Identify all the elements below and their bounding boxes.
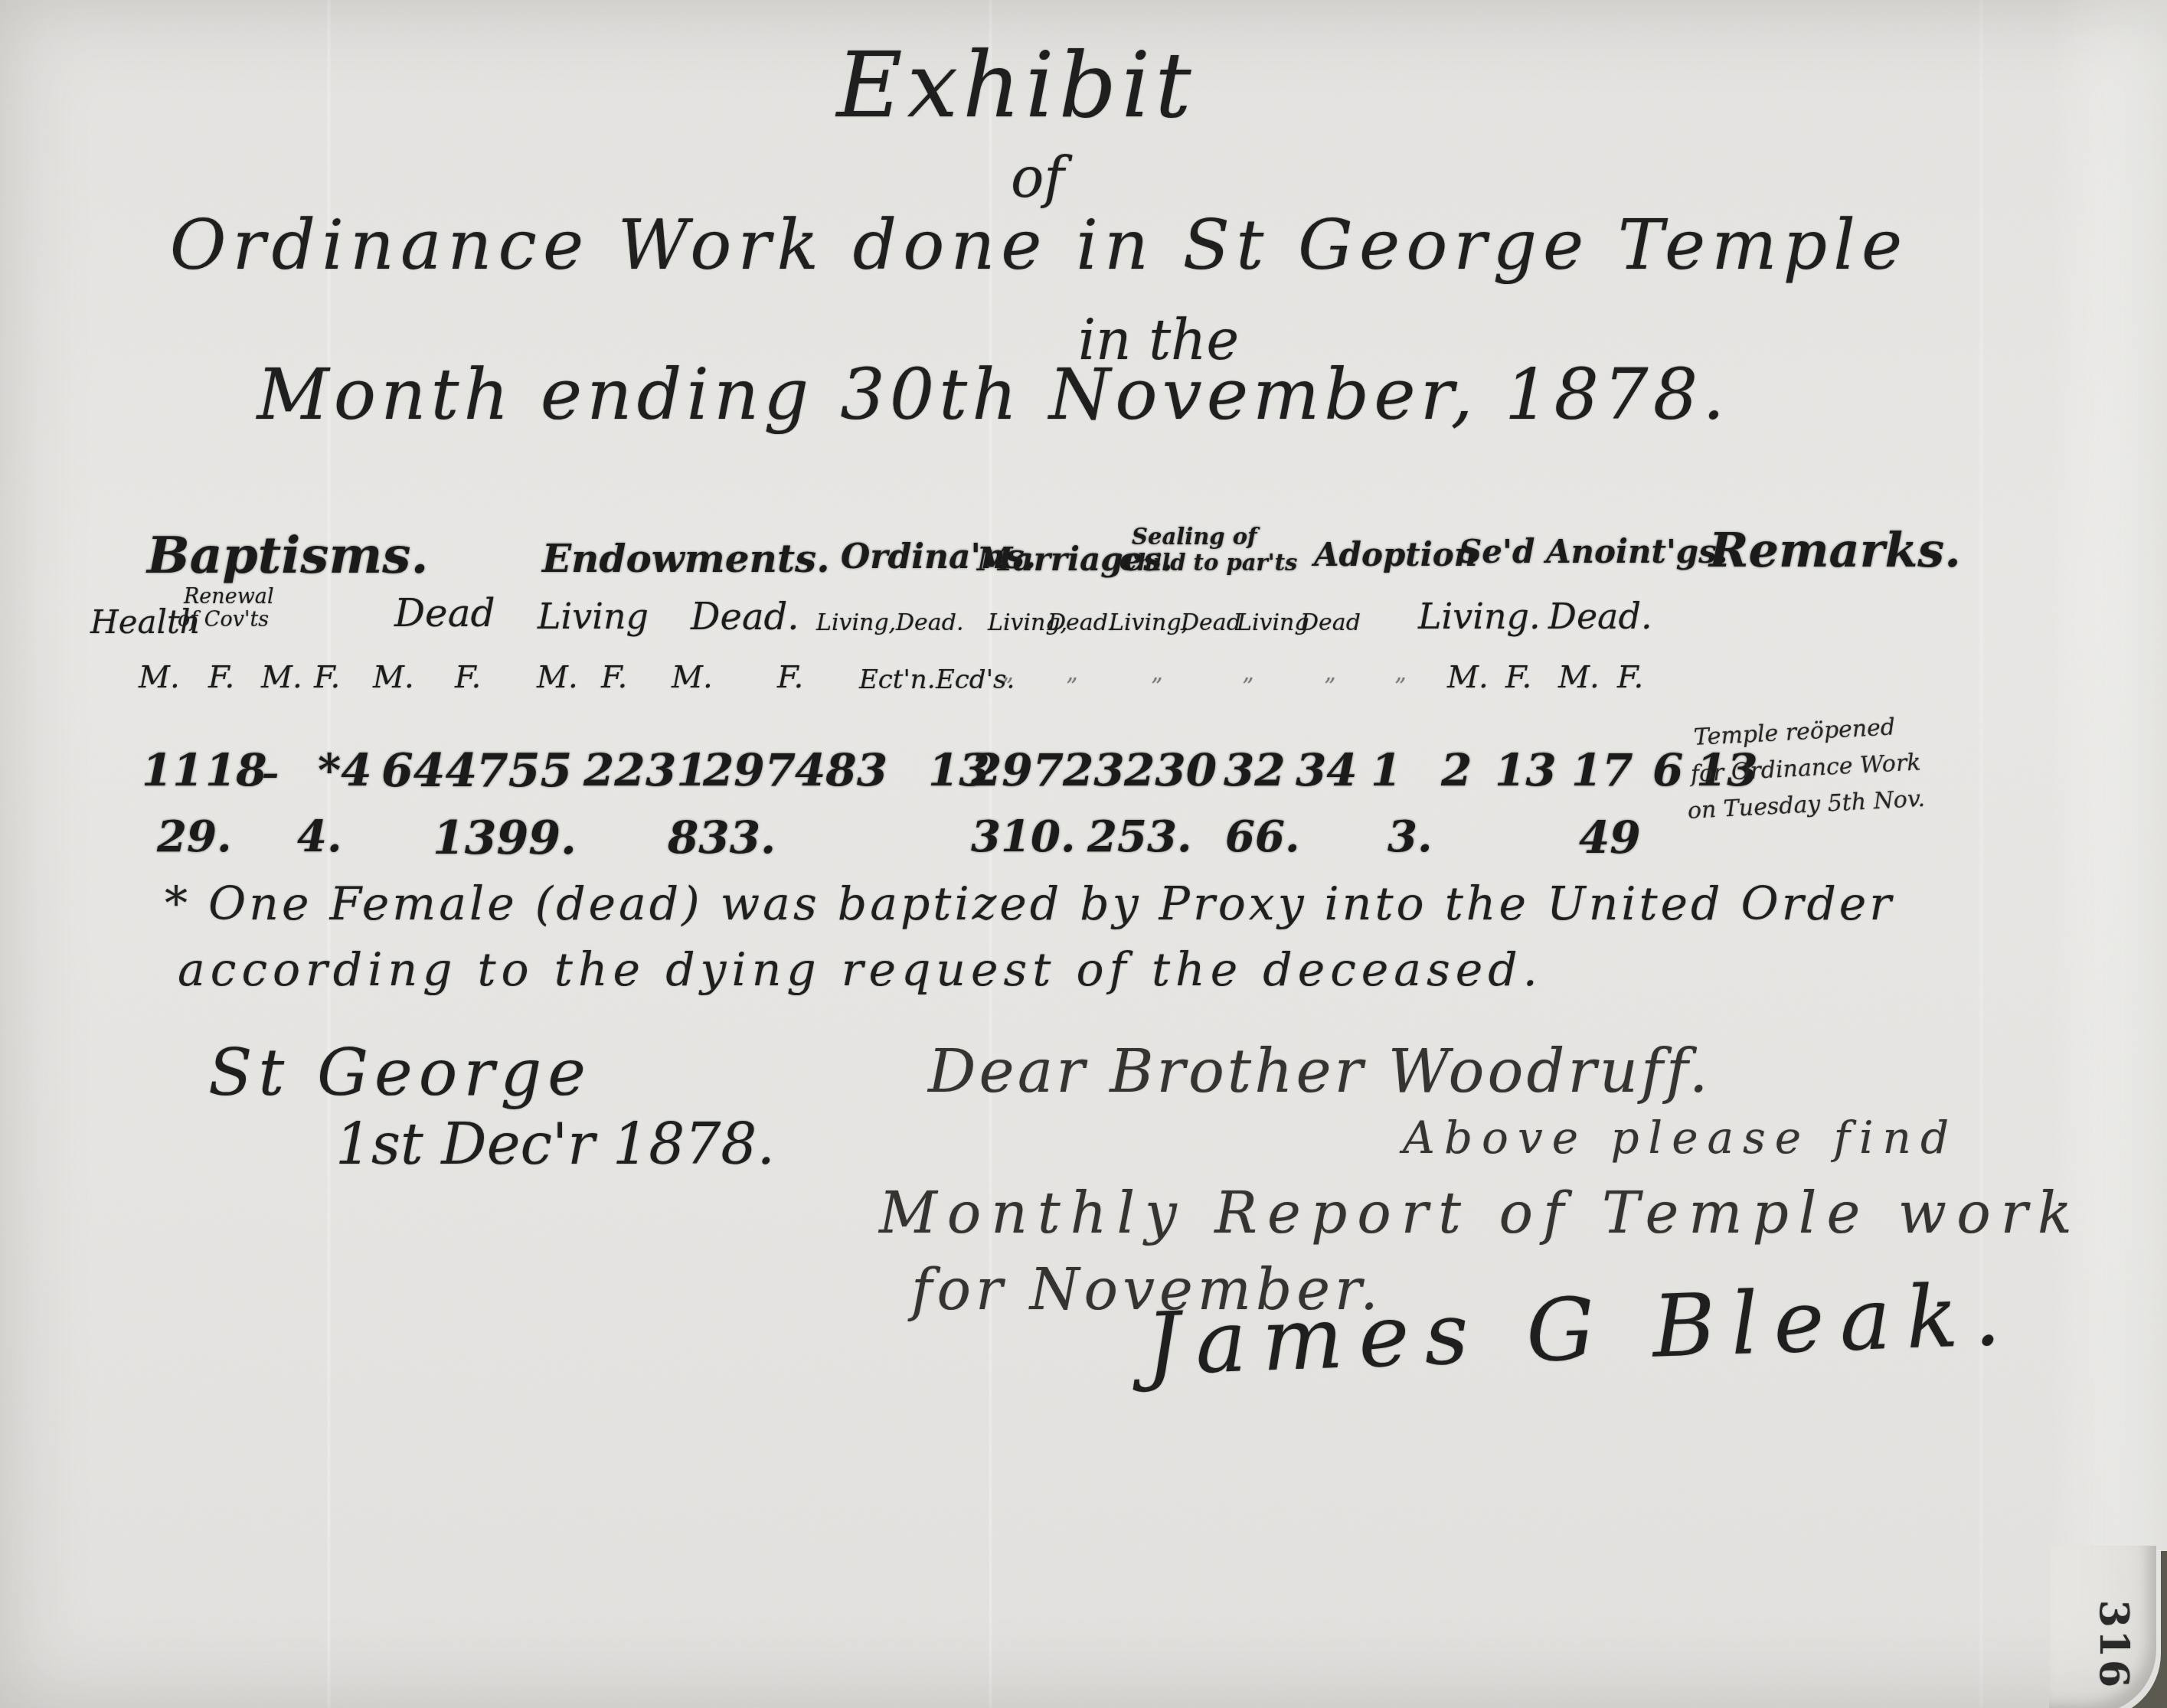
col-header-7: F. <box>601 660 627 695</box>
sub-header-6: Living, <box>816 609 896 636</box>
col-header-4: M. <box>373 660 414 695</box>
data-cell-4: 644 <box>381 744 477 798</box>
col-header-13: ” <box>1066 674 1077 701</box>
data-cell-16: 1 <box>1371 744 1401 796</box>
letter-salutation: Dear Brother Woodruff. <box>928 1037 1711 1106</box>
data-cell-18: 13 <box>1495 744 1557 796</box>
total-cell-6: 66. <box>1225 812 1299 862</box>
data-cell-19: 17 <box>1571 744 1633 796</box>
col-header-2: M. <box>261 660 302 695</box>
group-header-1: Endowments. <box>542 536 830 581</box>
sub-header-12: Living <box>1237 609 1309 636</box>
total-cell-0: 29. <box>157 812 231 862</box>
data-cell-14: 32 <box>1224 744 1286 796</box>
sub-header-15: Dead. <box>1548 596 1652 637</box>
data-cell-11: 297 <box>971 744 1064 796</box>
scanned-document-page: Exhibit of Ordinance Work done in St Geo… <box>0 0 2167 1708</box>
col-header-1: F. <box>208 660 234 695</box>
col-header-17: ” <box>1394 674 1406 701</box>
sub-header-2: of Cov'ts <box>178 608 269 632</box>
col-header-14: ” <box>1151 674 1162 701</box>
total-cell-4: 310. <box>971 812 1075 862</box>
total-cell-5: 253. <box>1087 812 1191 862</box>
col-header-8: M. <box>672 660 713 695</box>
col-header-9: F. <box>777 660 803 695</box>
data-cell-8: 297 <box>703 744 796 796</box>
col-header-10: Ect'n. <box>859 665 936 695</box>
group-header-5: Child to par'ts <box>1119 550 1297 576</box>
data-cell-20: 6 <box>1652 744 1683 796</box>
group-header-6: Adoption <box>1314 536 1477 573</box>
total-cell-8: 49 <box>1579 812 1641 864</box>
group-header-8: Remarks. <box>1709 522 1961 578</box>
data-cell-15: 34 <box>1296 744 1358 796</box>
col-header-6: M. <box>537 660 578 695</box>
sub-header-7: Dead. <box>896 609 963 636</box>
col-header-19: F. <box>1505 660 1531 695</box>
dateline-date: 1st Dec'r 1878. <box>335 1112 775 1177</box>
group-header-7: Se'd Anoint'gs. <box>1459 533 1727 570</box>
col-header-21: F. <box>1617 660 1643 695</box>
title-line-ordinance-work: Ordinance Work done in St George Temple <box>0 205 2123 286</box>
title-line-exhibit: Exhibit <box>0 32 2100 138</box>
data-cell-17: 2 <box>1441 744 1472 796</box>
dateline-place: St George <box>208 1035 592 1110</box>
data-cell-1: 18 <box>205 744 267 796</box>
data-cell-12: 23 <box>1063 744 1125 796</box>
data-cell-5: 755 <box>476 744 572 798</box>
data-cell-2: – <box>262 754 279 793</box>
footnote-line-2: according to the dying request of the de… <box>178 943 1543 997</box>
total-cell-3: 833. <box>668 812 776 864</box>
footnote-line-1: * One Female (dead) was baptized by Prox… <box>165 877 1894 931</box>
col-header-20: M. <box>1558 660 1600 695</box>
col-header-3: F. <box>314 660 340 695</box>
col-header-0: M. <box>139 660 180 695</box>
title-line-month-ending: Month ending 30th November, 1878. <box>0 354 2077 436</box>
group-header-0: Baptisms. <box>147 525 428 585</box>
data-cell-3: *4 <box>318 744 372 796</box>
total-cell-1: 4. <box>297 812 342 862</box>
data-cell-0: 11 <box>142 744 204 796</box>
letter-line-above-please-find: Above please find <box>1403 1112 1958 1164</box>
sub-header-11: Dead <box>1181 609 1241 636</box>
sub-header-5: Dead. <box>691 596 799 638</box>
letter-line-monthly-report: Monthly Report of Temple work <box>879 1181 2082 1246</box>
data-cell-9: 483 <box>795 744 887 796</box>
sub-header-14: Living. <box>1418 596 1541 637</box>
page-number-stamp: 316 <box>2090 1600 2137 1690</box>
sub-header-10: Living, <box>1109 609 1188 636</box>
col-header-18: M. <box>1447 660 1489 695</box>
total-cell-2: 1399. <box>433 812 577 865</box>
total-cell-7: 3. <box>1387 812 1432 862</box>
sub-header-9: Dead. <box>1048 609 1115 636</box>
data-cell-6: 22 <box>583 744 646 796</box>
sub-header-4: Living <box>538 596 649 637</box>
col-header-12: ” <box>1002 674 1013 701</box>
col-header-5: F. <box>455 660 481 695</box>
data-cell-7: 31 <box>646 744 708 796</box>
sub-header-1: Renewal <box>184 585 274 609</box>
sub-header-3: Dead <box>394 591 495 635</box>
col-header-16: ” <box>1324 674 1335 701</box>
remark-line-0: Temple reöpened <box>1693 714 1896 751</box>
group-header-4: Sealing of <box>1132 524 1257 550</box>
title-line-of: of <box>0 145 2121 210</box>
sub-header-13: Dead <box>1300 609 1361 636</box>
data-cell-13: 230 <box>1124 744 1217 796</box>
col-header-15: ” <box>1242 674 1253 701</box>
